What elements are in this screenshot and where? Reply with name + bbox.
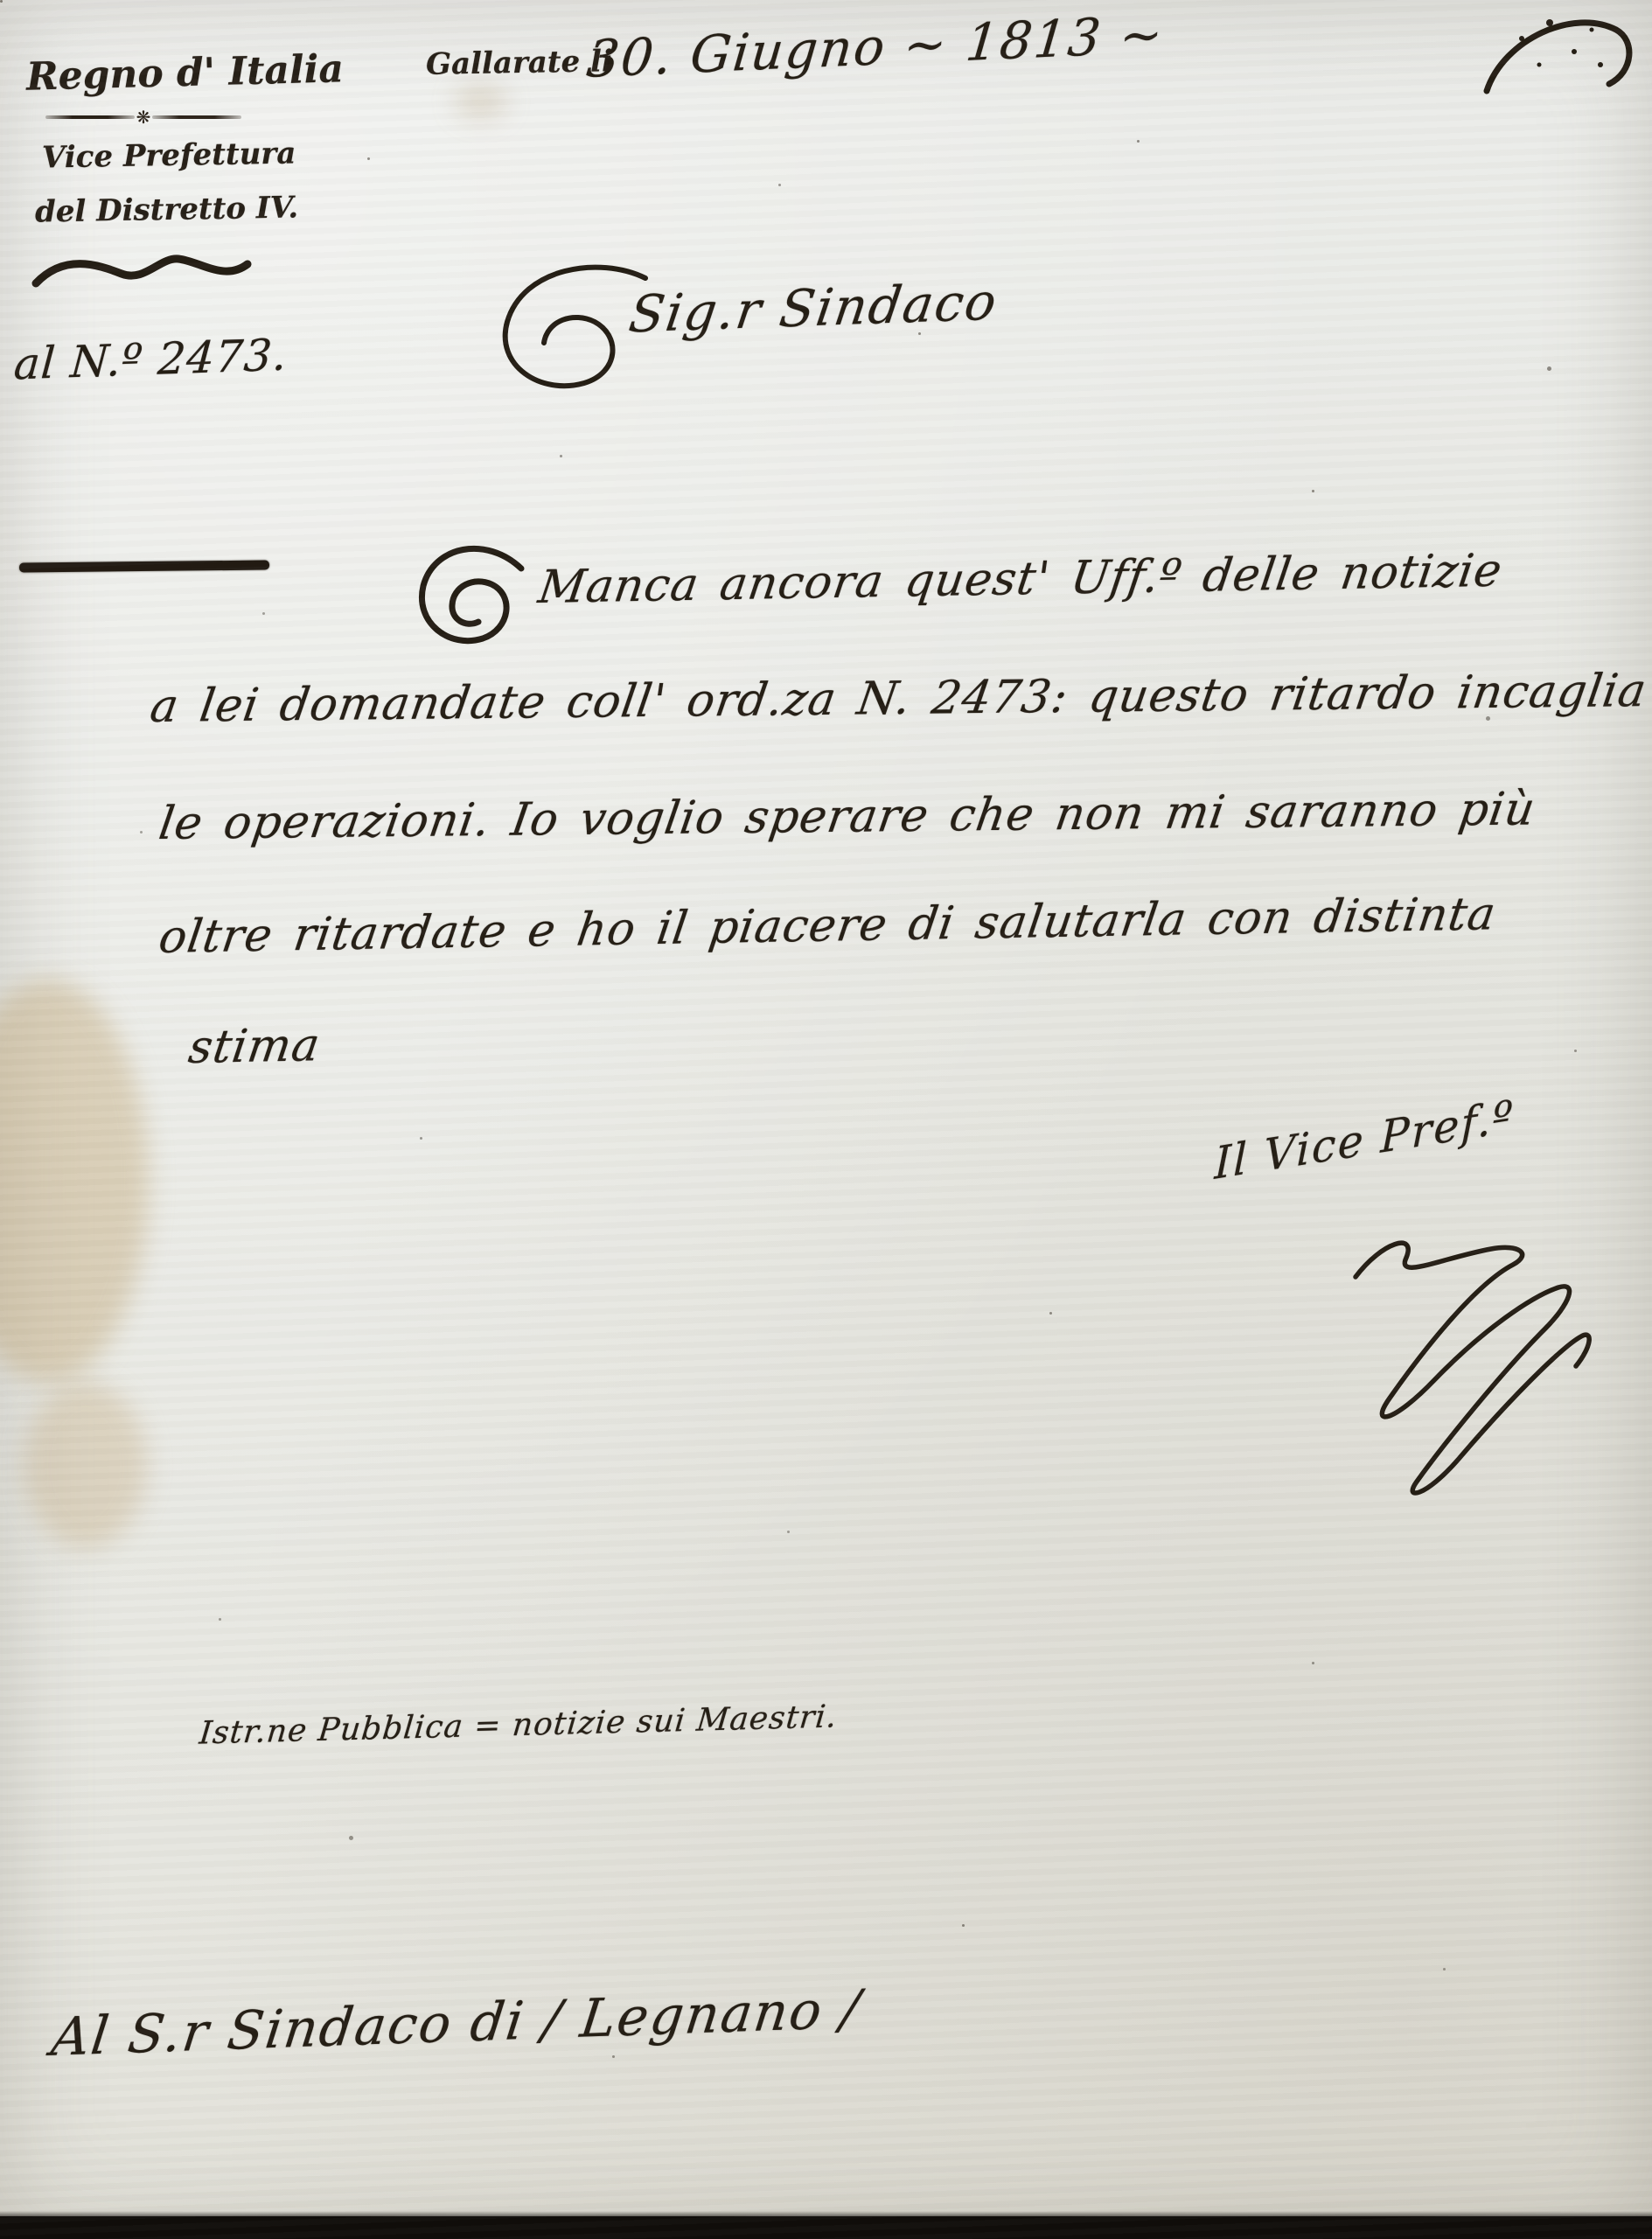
letterhead-flourish bbox=[31, 247, 254, 295]
signature-flourish bbox=[1303, 1216, 1644, 1539]
body-line: Manca ancora quest' Uff.º delle notizie bbox=[535, 545, 1506, 614]
protocol-number: al N.º 2473. bbox=[12, 329, 289, 389]
letterhead-office-line1: Vice Prefettura bbox=[42, 136, 296, 175]
address-line: Al S.r Sindaco di / Legnano / bbox=[48, 1978, 865, 2068]
rosette-ornament-icon: ❋ bbox=[136, 108, 151, 126]
initial-flourish bbox=[413, 541, 531, 659]
salutation-text: Sig.r Sindaco bbox=[625, 271, 1001, 344]
body-line: a lei domandate coll' ord.za N. 2473: qu… bbox=[147, 665, 1650, 733]
docket-note: Istr.ne Pubblica = notizie sui Maestri. bbox=[198, 1698, 839, 1751]
body-line: le operazioni. Io voglio sperare che non… bbox=[156, 783, 1539, 850]
protocol-underline bbox=[19, 561, 269, 573]
letter-page: Regno d' Italia ❋ Vice Prefettura del Di… bbox=[0, 0, 1652, 2239]
body-line: oltre ritardate e ho il piacere di salut… bbox=[156, 888, 1499, 964]
closing-title: Il Vice Pref.º bbox=[1214, 1091, 1515, 1189]
divider-rule-right bbox=[152, 115, 241, 119]
foxing-stain bbox=[24, 1382, 147, 1548]
letterhead-office-line2: del Distretto IV. bbox=[35, 190, 299, 229]
dateline-date: 30. Giugno ~ 1813 ~ bbox=[584, 4, 1167, 89]
paper-specks bbox=[0, 0, 3, 3]
foxing-stain bbox=[0, 980, 149, 1382]
body-line: stima bbox=[185, 1019, 324, 1074]
divider-rule-left bbox=[45, 115, 135, 119]
scan-bottom-edge bbox=[0, 2216, 1652, 2239]
foxing-stain bbox=[455, 84, 507, 119]
letterhead-kingdom: Regno d' Italia bbox=[25, 46, 344, 99]
letterhead-divider: ❋ bbox=[45, 110, 241, 124]
ink-smudge bbox=[1469, 3, 1644, 113]
